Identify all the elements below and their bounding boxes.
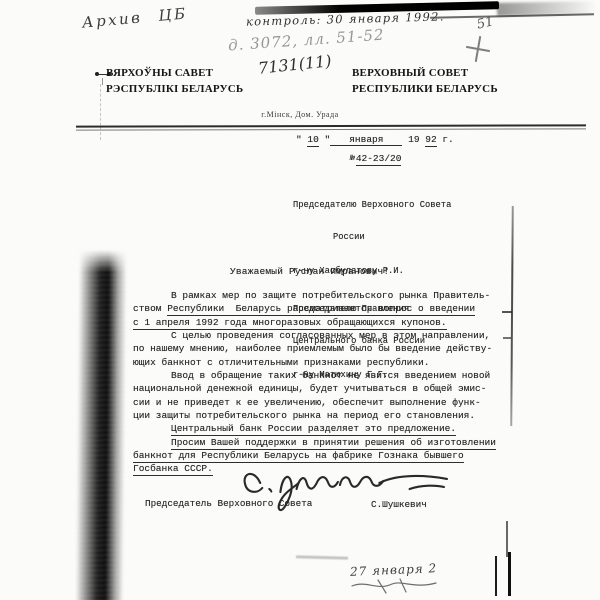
handwritten-archive-note: Архив ЦБ <box>81 4 188 31</box>
body-line: В рамках мер по защите потребительского … <box>133 290 499 303</box>
body-lines: В рамках мер по защите потребительского … <box>133 290 499 477</box>
scan-crease-line <box>495 556 497 596</box>
scan-shadow-band <box>75 250 127 600</box>
letterhead-belarusian: ВЯРХОЎНЫ САВЕТ РЭСПУБЛІКІ БЕЛАРУСЬ <box>106 66 243 97</box>
letterhead-line: РЕСПУБЛИКИ БЕЛАРУСЬ <box>352 82 498 98</box>
body-line: сии и не приведет к ее увеличению, обесп… <box>133 397 499 410</box>
date-year-suffix: г. <box>437 134 454 145</box>
letterhead-russian: ВЕРХОВНЫЙ СОВЕТ РЕСПУБЛИКИ БЕЛАРУСЬ <box>352 66 498 97</box>
scan-crease-tick <box>503 337 511 339</box>
number-sign: № <box>350 154 356 163</box>
date-quote: " <box>296 134 307 145</box>
letterhead-address: г.Мінск, Дом. Урада <box>0 110 600 119</box>
body-line: ющих банкнот с отличительными признаками… <box>133 357 499 370</box>
scanned-letter-page: Архив ЦБ контроль: 30 января 1992. 51 д.… <box>0 0 600 600</box>
scan-crease-tick <box>502 311 512 313</box>
date-day: 10 <box>307 134 318 147</box>
body-line: Центральный банк России разделяет это пр… <box>133 423 499 436</box>
handwritten-sheet-number: 51 <box>476 14 495 32</box>
date-year: 92 <box>425 134 436 147</box>
body-line: с 1 апреля 1992 года многоразовых обраща… <box>133 317 499 330</box>
date-quote: " <box>319 134 330 145</box>
document-number-line: №42-23/20 <box>350 153 401 164</box>
date-century: 19 <box>402 134 425 145</box>
date-line: " 10 "января 19 92 г. <box>296 134 454 145</box>
addressee-line: Председателю Верховного Совета <box>293 200 451 211</box>
registration-mark-tail <box>102 78 103 85</box>
scan-crease-line <box>510 206 514 426</box>
letterhead-line: РЭСПУБЛІКІ БЕЛАРУСЬ <box>106 82 243 98</box>
body-line: Ввод в обращение таких банкнот не явится… <box>133 370 499 383</box>
handwritten-registration-number: 7131(11) <box>257 51 332 78</box>
body-line: по нашему мнению, наиболее приемлемым бы… <box>133 343 499 356</box>
body-line: ством Республики Беларусь рассматриваетс… <box>133 303 499 316</box>
body-line: ции защиты потребительского рынка на пер… <box>133 410 499 423</box>
scan-smudge <box>296 555 348 559</box>
letterhead-line: ВЕРХОВНЫЙ СОВЕТ <box>352 66 498 82</box>
handwritten-file-note: д. 3072, лл. 51-52 <box>228 26 386 55</box>
document-number: 42-23/20 <box>356 153 402 166</box>
body-line: национальной денежной единицы, будет учи… <box>133 383 499 396</box>
body-line: С целью проведения согласованных мер в э… <box>133 330 499 343</box>
salutation: Уважаемый Руслан Имранович! <box>230 266 389 277</box>
body-line: Просим Вашей поддержки в принятии решени… <box>133 437 499 450</box>
cross-mark <box>464 34 492 64</box>
addressee-line: России <box>333 232 451 243</box>
date-month: января <box>330 134 402 146</box>
handwritten-scribble <box>348 579 444 597</box>
letterhead-rule-thin <box>76 128 586 130</box>
signer-title: Председатель Верховного Совета <box>145 498 312 509</box>
scan-crease-line <box>508 552 511 596</box>
handwritten-bottom-note: 27 января 2 <box>350 561 438 579</box>
scan-smear <box>497 1 597 16</box>
letterhead-rule <box>76 124 586 127</box>
letterhead-line: ВЯРХОЎНЫ САВЕТ <box>106 66 243 82</box>
signer-name: С.Шушкевич <box>371 499 427 510</box>
